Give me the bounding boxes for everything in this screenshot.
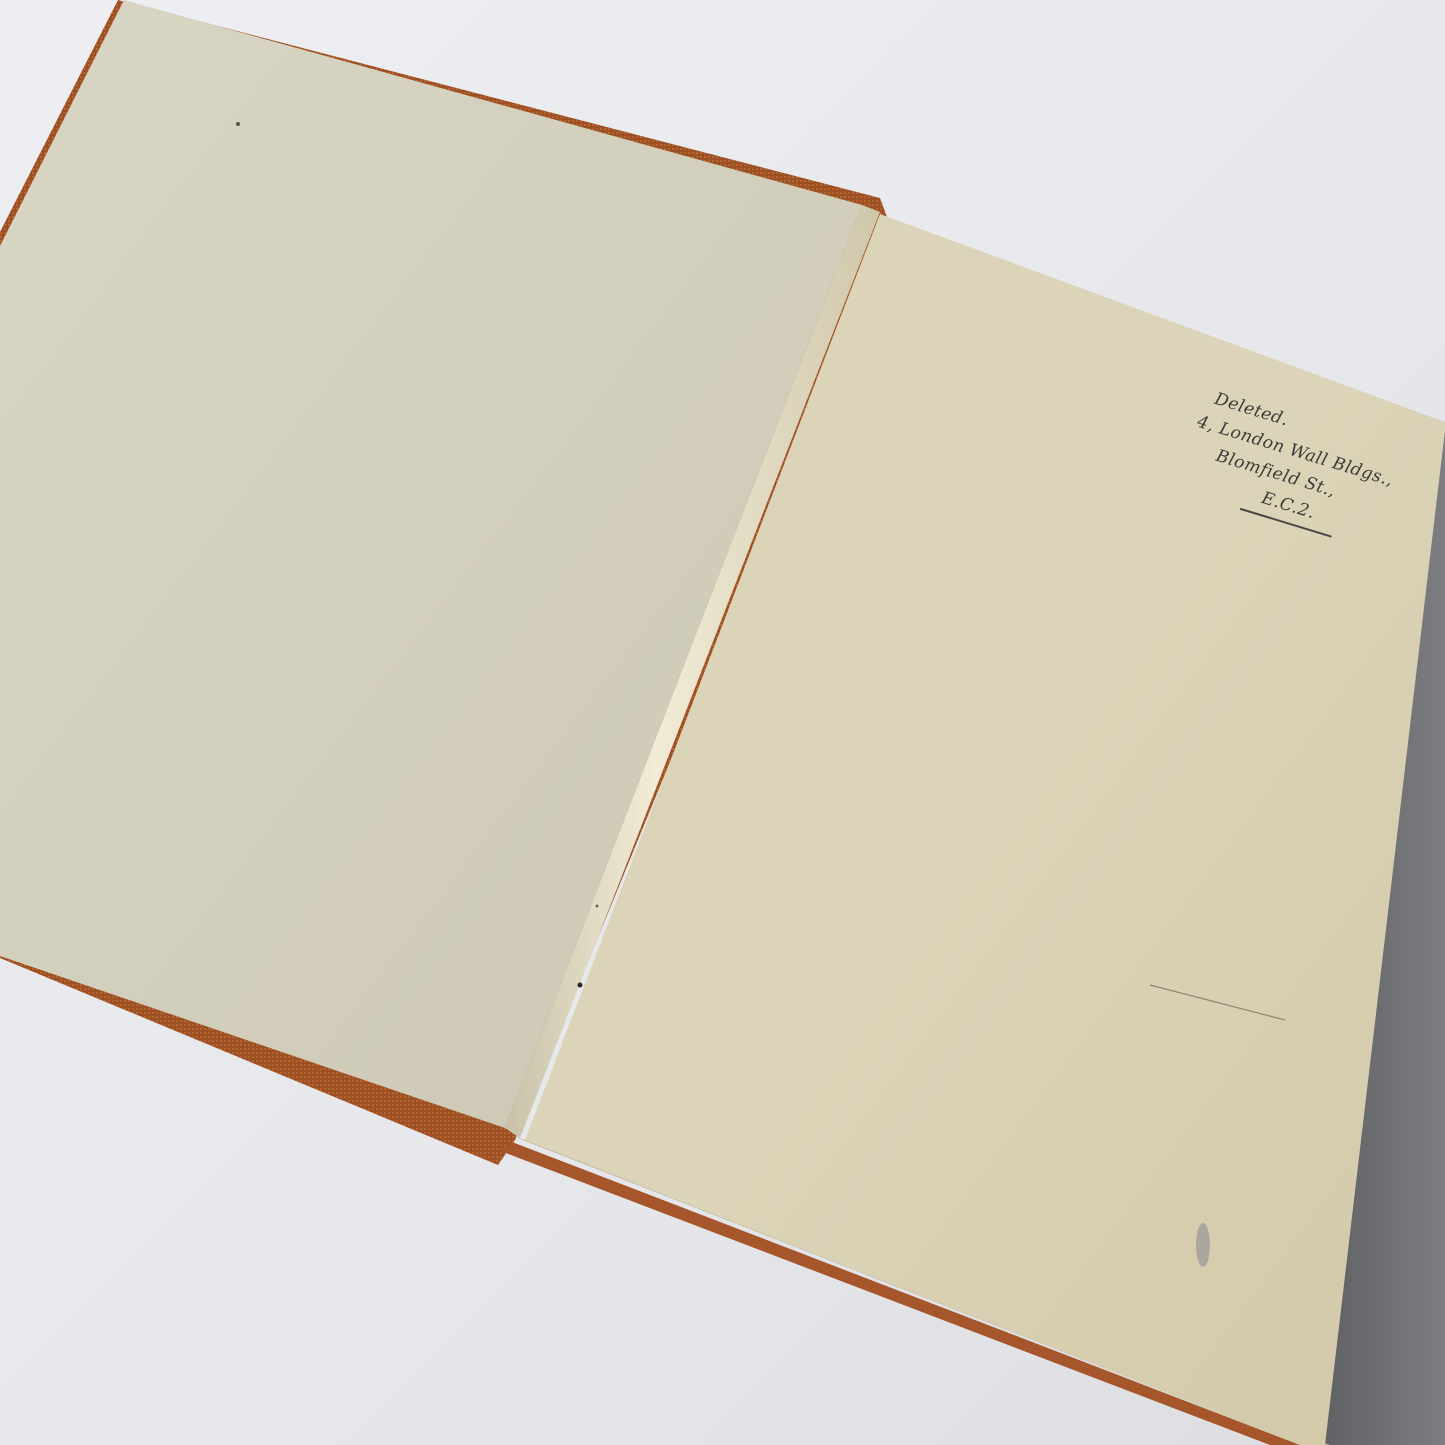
speck [236, 122, 240, 126]
book-photo [0, 0, 1445, 1445]
speck [596, 905, 599, 908]
smudge-mark [1196, 1223, 1210, 1267]
speck [578, 983, 583, 988]
